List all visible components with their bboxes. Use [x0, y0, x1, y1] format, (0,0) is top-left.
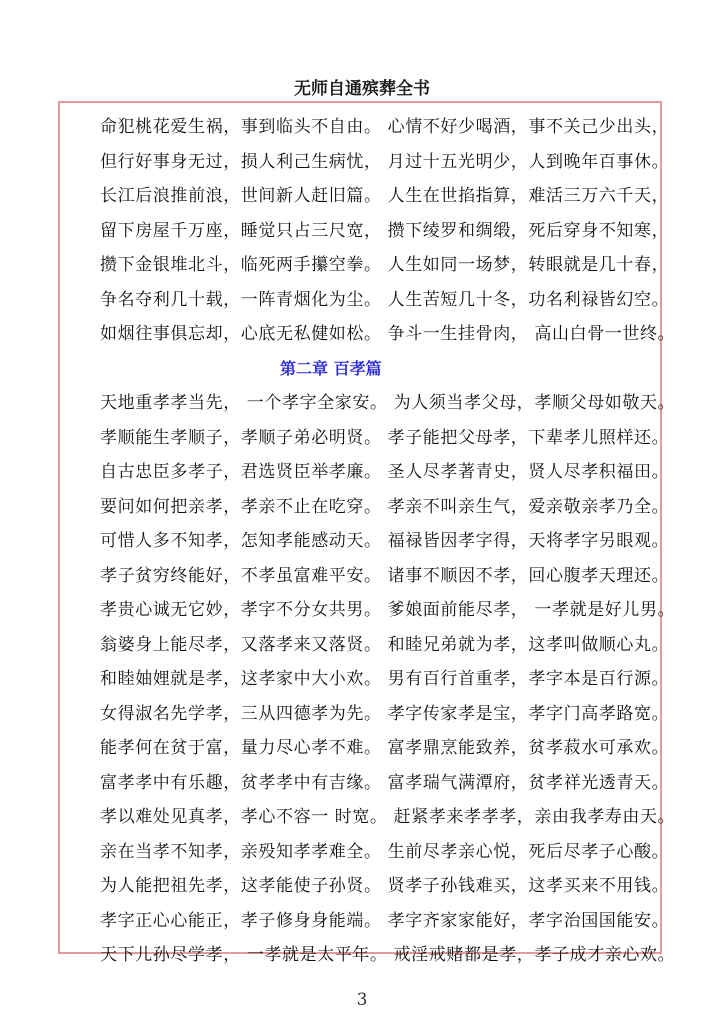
verse-line: 孝字正心心能正，孝子修身身能端。 孝字齐家家能好，孝字治国国能安。 [100, 904, 680, 939]
verse-line: 可惜人多不知孝，怎知孝能感动天。 福禄皆因孝字得，天将孝字另眼观。 [100, 524, 680, 559]
verse-line: 攒下金银堆北斗，临死两手攥空拳。 人生如同一场梦，转眼就是几十春， [100, 248, 680, 283]
verse-line: 争名夺利几十载，一阵青烟化为尘。 人生苦短几十冬，功名利禄皆幻空。 [100, 283, 680, 318]
document-body: 命犯桃花爱生祸，事到临头不自由。 心情不好少喝酒，事不关己少出头， 但行好事身无… [100, 110, 680, 973]
verse-line: 孝子贫穷终能好，不孝虽富难平安。 诸事不顺因不孝，回心腹孝天理还。 [100, 559, 680, 594]
verse-line: 长江后浪推前浪，世间新人赶旧篇。 人生在世掐指算，难活三万六千天， [100, 179, 680, 214]
verse-line: 女得淑名先学孝，三从四德孝为先。 孝字传家孝是宝，孝字门高孝路宽。 [100, 697, 680, 732]
verse-line: 孝贵心诚无它妙，孝字不分女共男。 爹娘面前能尽孝， 一孝就是好儿男。 [100, 593, 680, 628]
verse-line: 富孝孝中有乐趣，贫孝孝中有吉缘。 富孝瑞气满潭府，贫孝祥光透青天。 [100, 766, 680, 801]
verse-line: 翁婆身上能尽孝，又落孝来又落贤。 和睦兄弟就为孝，这孝叫做顺心丸。 [100, 628, 680, 663]
chapter-heading: 第二章 百孝篇 [100, 352, 680, 387]
verse-line: 但行好事身无过，损人利己生病忧， 月过十五光明少，人到晚年百事休。 [100, 145, 680, 180]
verse-line: 天地重孝孝当先， 一个孝字全家安。 为人须当孝父母，孝顺父母如敬天。 [100, 386, 680, 421]
verse-line: 孝顺能生孝顺子，孝顺子弟必明贤。 孝子能把父母孝，下辈孝儿照样还。 [100, 421, 680, 456]
verse-line: 孝以难处见真孝，孝心不容一 时宽。 赶紧孝来孝孝孝，亲由我孝寿由天。 [100, 800, 680, 835]
document-title: 无师自通殡葬全书 [0, 74, 724, 99]
verse-line: 和睦妯娌就是孝，这孝家中大小欢。 男有百行首重孝，孝字本是百行源。 [100, 662, 680, 697]
verse-line: 为人能把祖先孝，这孝能使子孙贤。 贤孝子孙钱难买，这孝买来不用钱。 [100, 869, 680, 904]
verse-line: 如烟往事俱忘却，心底无私健如松。 争斗一生挂骨肉， 高山白骨一世终。 [100, 317, 680, 352]
verse-line: 留下房屋千万座，睡觉只占三尺宽， 攒下绫罗和绸缎，死后穿身不知寒， [100, 214, 680, 249]
verse-line: 能孝何在贫于富，量力尽心孝不难。 富孝鼎烹能致养，贫孝菽水可承欢。 [100, 731, 680, 766]
page-number: 3 [0, 990, 724, 1010]
verse-line: 命犯桃花爱生祸，事到临头不自由。 心情不好少喝酒，事不关己少出头， [100, 110, 680, 145]
verse-line: 天下儿孙尽学孝， 一孝就是太平年。 戒淫戒赌都是孝，孝子成才亲心欢。 [100, 938, 680, 973]
verse-line: 要问如何把亲孝，孝亲不止在吃穿。 孝亲不叫亲生气，爱亲敬亲孝乃全。 [100, 490, 680, 525]
verse-line: 亲在当孝不知孝，亲殁知孝孝难全。 生前尽孝亲心悦，死后尽孝子心酸。 [100, 835, 680, 870]
verse-line: 自古忠臣多孝子，君选贤臣举孝廉。 圣人尽孝著青史，贤人尽孝积福田。 [100, 455, 680, 490]
